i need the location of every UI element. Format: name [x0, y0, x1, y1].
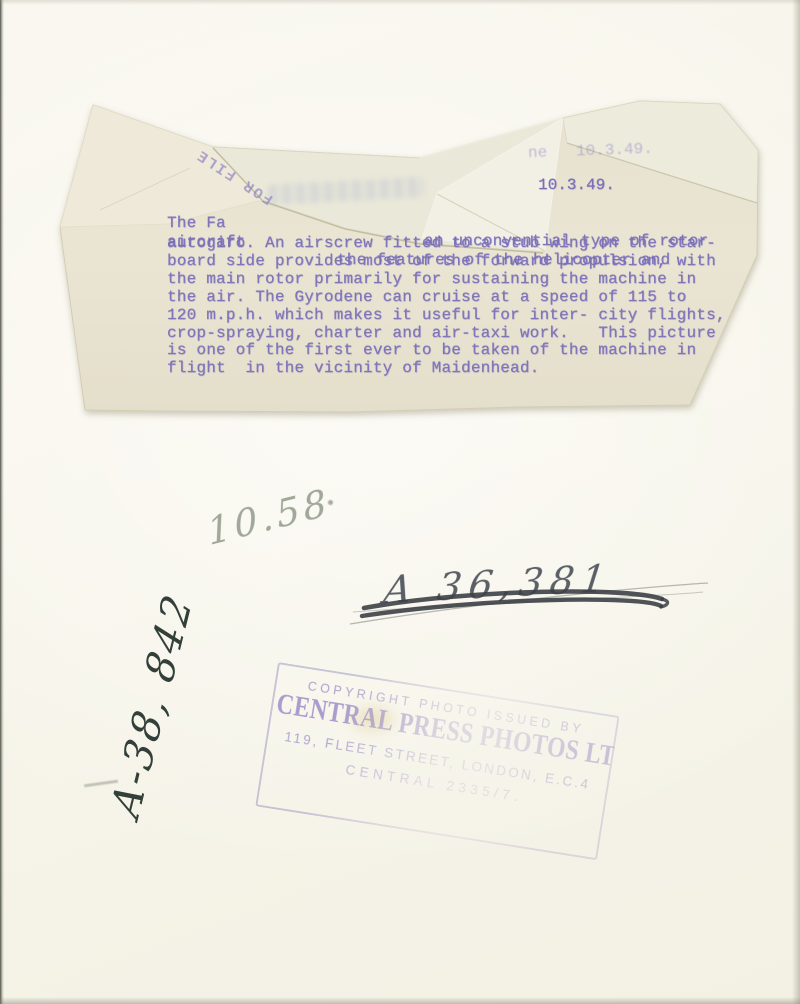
pencil-dot — [328, 500, 333, 505]
caption-line-10: flight in the vicinity of Maidenhead. — [167, 359, 539, 377]
caption-line-3: autogiro. An airscrew fitted to a stub w… — [167, 234, 716, 252]
photo-edge-right — [792, 0, 800, 1004]
copyright-stamp: COPYRIGHT PHOTO ISSUED BY CENTRAL PRESS … — [255, 662, 620, 860]
caption-line-8: crop-spraying, charter and air-taxi work… — [167, 324, 716, 342]
photo-edge-bottom — [0, 997, 800, 1004]
pencil-crossed-out-reference: A 36,381 — [381, 556, 615, 612]
pencil-reference-vertical: A-38, 842 — [102, 586, 202, 824]
photo-edge-left — [0, 0, 4, 1004]
caption-line-4: board side provides most of the forward … — [167, 252, 716, 270]
typed-date: 10.3.49. — [538, 176, 615, 194]
photo-back: FOR FILE ne 10.3.49. 10.3.49. The Fa an … — [0, 0, 800, 1004]
caption-line-5: the main rotor primarily for sustaining … — [167, 270, 696, 288]
caption-line-9: is one of the first ever to be taken of … — [167, 341, 696, 359]
caption-line-7: 120 m.p.h. which makes it useful for int… — [167, 306, 726, 324]
pencil-number-light: 10.58 — [205, 481, 333, 554]
photo-edge-top — [0, 0, 800, 5]
caption-line-6: the air. The Gyrodene can cruise at a sp… — [167, 288, 686, 306]
